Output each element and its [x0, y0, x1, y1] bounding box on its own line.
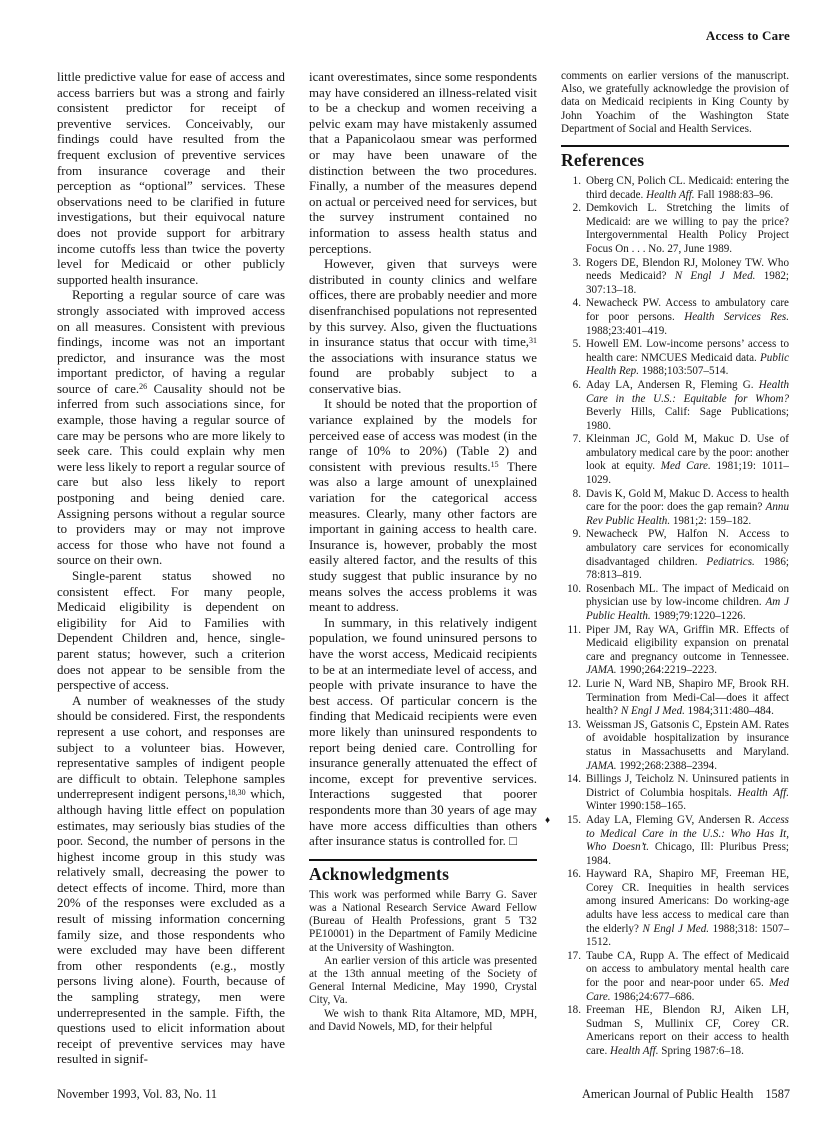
running-head: Access to Care	[57, 28, 790, 44]
footer-issue-info: November 1993, Vol. 83, No. 11	[57, 1087, 217, 1102]
section-heading: References	[561, 150, 789, 171]
reference-number: 10.	[561, 583, 586, 624]
paragraph: little predictive value for ease of acce…	[57, 70, 285, 288]
paragraph: icant overestimates, since some responde…	[309, 70, 537, 257]
paragraph: This work was performed while Barry G. S…	[309, 889, 537, 955]
reference-text: Billings J, Teicholz N. Uninsured patien…	[586, 773, 789, 814]
citation-superscript: 26	[139, 382, 147, 391]
footer-journal-info: American Journal of Public Health1587	[582, 1087, 790, 1102]
reference-number: 15.	[561, 814, 586, 868]
emphasized-text: Med Care.	[661, 460, 711, 472]
reference-text: Demkovich L. Stretching the limits of Me…	[586, 202, 789, 256]
reference-text: Newacheck PW. Access to ambulatory care …	[586, 297, 789, 338]
reference-text: Rosenbach ML. The impact of Medicaid on …	[586, 583, 789, 624]
reference-item: 7.Kleinman JC, Gold M, Makuc D. Use of a…	[561, 433, 789, 487]
running-head-title: Access to Care	[706, 28, 790, 43]
reference-item: 17.Taube CA, Rupp A. The effect of Medic…	[561, 950, 789, 1004]
reference-number: 13.	[561, 719, 586, 773]
footer-page-number: 1587	[765, 1087, 790, 1101]
reference-text: Oberg CN, Polich CL. Medicaid: entering …	[586, 175, 789, 202]
reference-item: 3.Rogers DE, Blendon RJ, Moloney TW. Who…	[561, 257, 789, 298]
reference-text: Weissman JS, Gatsonis C, Epstein AM. Rat…	[586, 719, 789, 773]
reference-text: Hayward RA, Shapiro MF, Freeman HE, Core…	[586, 868, 789, 950]
reference-number: 18.	[561, 1004, 586, 1058]
reference-item: 13.Weissman JS, Gatsonis C, Epstein AM. …	[561, 719, 789, 773]
reference-number: 7.	[561, 433, 586, 487]
reference-number: 5.	[561, 338, 586, 379]
reference-marker-icon: ♦	[545, 814, 550, 828]
paragraph: An earlier version of this article was p…	[309, 955, 537, 1008]
paragraph: In summary, in this relatively indigent …	[309, 616, 537, 850]
emphasized-text: Health Aff.	[646, 189, 694, 201]
reference-number: 3.	[561, 257, 586, 298]
page-footer: November 1993, Vol. 83, No. 11 American …	[57, 1087, 790, 1102]
reference-item: 16.Hayward RA, Shapiro MF, Freeman HE, C…	[561, 868, 789, 950]
citation-superscript: 18,30	[228, 788, 246, 797]
reference-item: 4.Newacheck PW. Access to ambulatory car…	[561, 297, 789, 338]
reference-item: 12.Lurie N, Ward NB, Shapiro MF, Brook R…	[561, 678, 789, 719]
section-heading: Acknowledgments	[309, 864, 537, 885]
emphasized-text: Annu Rev Public Health.	[586, 501, 789, 527]
footer-journal-name: American Journal of Public Health	[582, 1087, 753, 1101]
reference-number: 9.	[561, 528, 586, 582]
paragraph: comments on earlier versions of the manu…	[561, 70, 789, 136]
reference-item: 8.Davis K, Gold M, Makuc D. Access to he…	[561, 488, 789, 529]
reference-item: 2.Demkovich L. Stretching the limits of …	[561, 202, 789, 256]
emphasized-text: Access to Medical Care in the U.S.: Who …	[586, 814, 789, 853]
emphasized-text: JAMA.	[586, 664, 617, 676]
reference-list: 1.Oberg CN, Polich CL. Medicaid: enterin…	[561, 175, 789, 1059]
reference-text: Kleinman JC, Gold M, Makuc D. Use of amb…	[586, 433, 789, 487]
reference-number: 14.	[561, 773, 586, 814]
emphasized-text: JAMA.	[586, 760, 617, 772]
emphasized-text: Am J Public Health.	[586, 596, 789, 622]
reference-number: 1.	[561, 175, 586, 202]
column-left: little predictive value for ease of acce…	[57, 70, 285, 1068]
paragraph: However, given that surveys were distrib…	[309, 257, 537, 397]
paragraph: Reporting a regular source of care was s…	[57, 288, 285, 569]
reference-text: Aday LA, Fleming GV, Andersen R. Access …	[586, 814, 789, 868]
paragraph: It should be noted that the proportion o…	[309, 397, 537, 615]
paragraph: We wish to thank Rita Altamore, MD, MPH,…	[309, 1008, 537, 1034]
reference-text: Taube CA, Rupp A. The effect of Medicaid…	[586, 950, 789, 1004]
reference-text: Aday LA, Andersen R, Fleming G. Health C…	[586, 379, 789, 433]
emphasized-text: Med Care.	[586, 977, 789, 1003]
reference-number: 4.	[561, 297, 586, 338]
emphasized-text: Health Care in the U.S.: Equitable for W…	[586, 379, 789, 405]
reference-text: Piper JM, Ray WA, Griffin MR. Effects of…	[586, 624, 789, 678]
reference-text: Freeman HE, Blendon RJ, Aiken LH, Sudman…	[586, 1004, 789, 1058]
reference-item: 6.Aday LA, Andersen R, Fleming G. Health…	[561, 379, 789, 433]
emphasized-text: N Engl J Med.	[675, 270, 756, 282]
column-middle: icant overestimates, since some responde…	[309, 70, 537, 1068]
paragraph: A number of weaknesses of the study shou…	[57, 694, 285, 1068]
reference-text: Newacheck PW, Halfon N. Access to ambula…	[586, 528, 789, 582]
reference-item: 18.Freeman HE, Blendon RJ, Aiken LH, Sud…	[561, 1004, 789, 1058]
reference-number: 12.	[561, 678, 586, 719]
reference-number: 8.	[561, 488, 586, 529]
emphasized-text: N Engl J Med.	[621, 705, 685, 717]
reference-text: Davis K, Gold M, Makuc D. Access to heal…	[586, 488, 789, 529]
reference-number: 16.	[561, 868, 586, 950]
reference-number: 17.	[561, 950, 586, 1004]
emphasized-text: Health Services Res.	[684, 311, 789, 323]
reference-text: Rogers DE, Blendon RJ, Moloney TW. Who n…	[586, 257, 789, 298]
journal-page: Access to Care little predictive value f…	[0, 0, 816, 1130]
emphasized-text: N Engl J Med.	[642, 923, 709, 935]
reference-item: 5.Howell EM. Low-income persons’ access …	[561, 338, 789, 379]
emphasized-text: Health Aff.	[738, 787, 789, 799]
paragraph: Single-parent status showed no consisten…	[57, 569, 285, 694]
reference-number: 11.	[561, 624, 586, 678]
emphasized-text: Public Health Rep.	[586, 352, 789, 378]
reference-item: ♦15.Aday LA, Fleming GV, Andersen R. Acc…	[561, 814, 789, 868]
reference-item: 1.Oberg CN, Polich CL. Medicaid: enterin…	[561, 175, 789, 202]
emphasized-text: Pediatrics.	[706, 556, 754, 568]
reference-item: 14.Billings J, Teicholz N. Uninsured pat…	[561, 773, 789, 814]
reference-text: Lurie N, Ward NB, Shapiro MF, Brook RH. …	[586, 678, 789, 719]
reference-number: 2.	[561, 202, 586, 256]
column-right: comments on earlier versions of the manu…	[561, 70, 789, 1068]
section-divider	[309, 859, 537, 861]
section-divider	[561, 145, 789, 147]
reference-text: Howell EM. Low-income persons’ access to…	[586, 338, 789, 379]
reference-item: 11.Piper JM, Ray WA, Griffin MR. Effects…	[561, 624, 789, 678]
reference-item: 9.Newacheck PW, Halfon N. Access to ambu…	[561, 528, 789, 582]
reference-number: 6.	[561, 379, 586, 433]
emphasized-text: Health Aff.	[610, 1045, 658, 1057]
citation-superscript: 15	[491, 460, 499, 469]
citation-superscript: 31	[529, 336, 537, 345]
reference-item: 10.Rosenbach ML. The impact of Medicaid …	[561, 583, 789, 624]
article-columns: little predictive value for ease of acce…	[57, 70, 790, 1068]
